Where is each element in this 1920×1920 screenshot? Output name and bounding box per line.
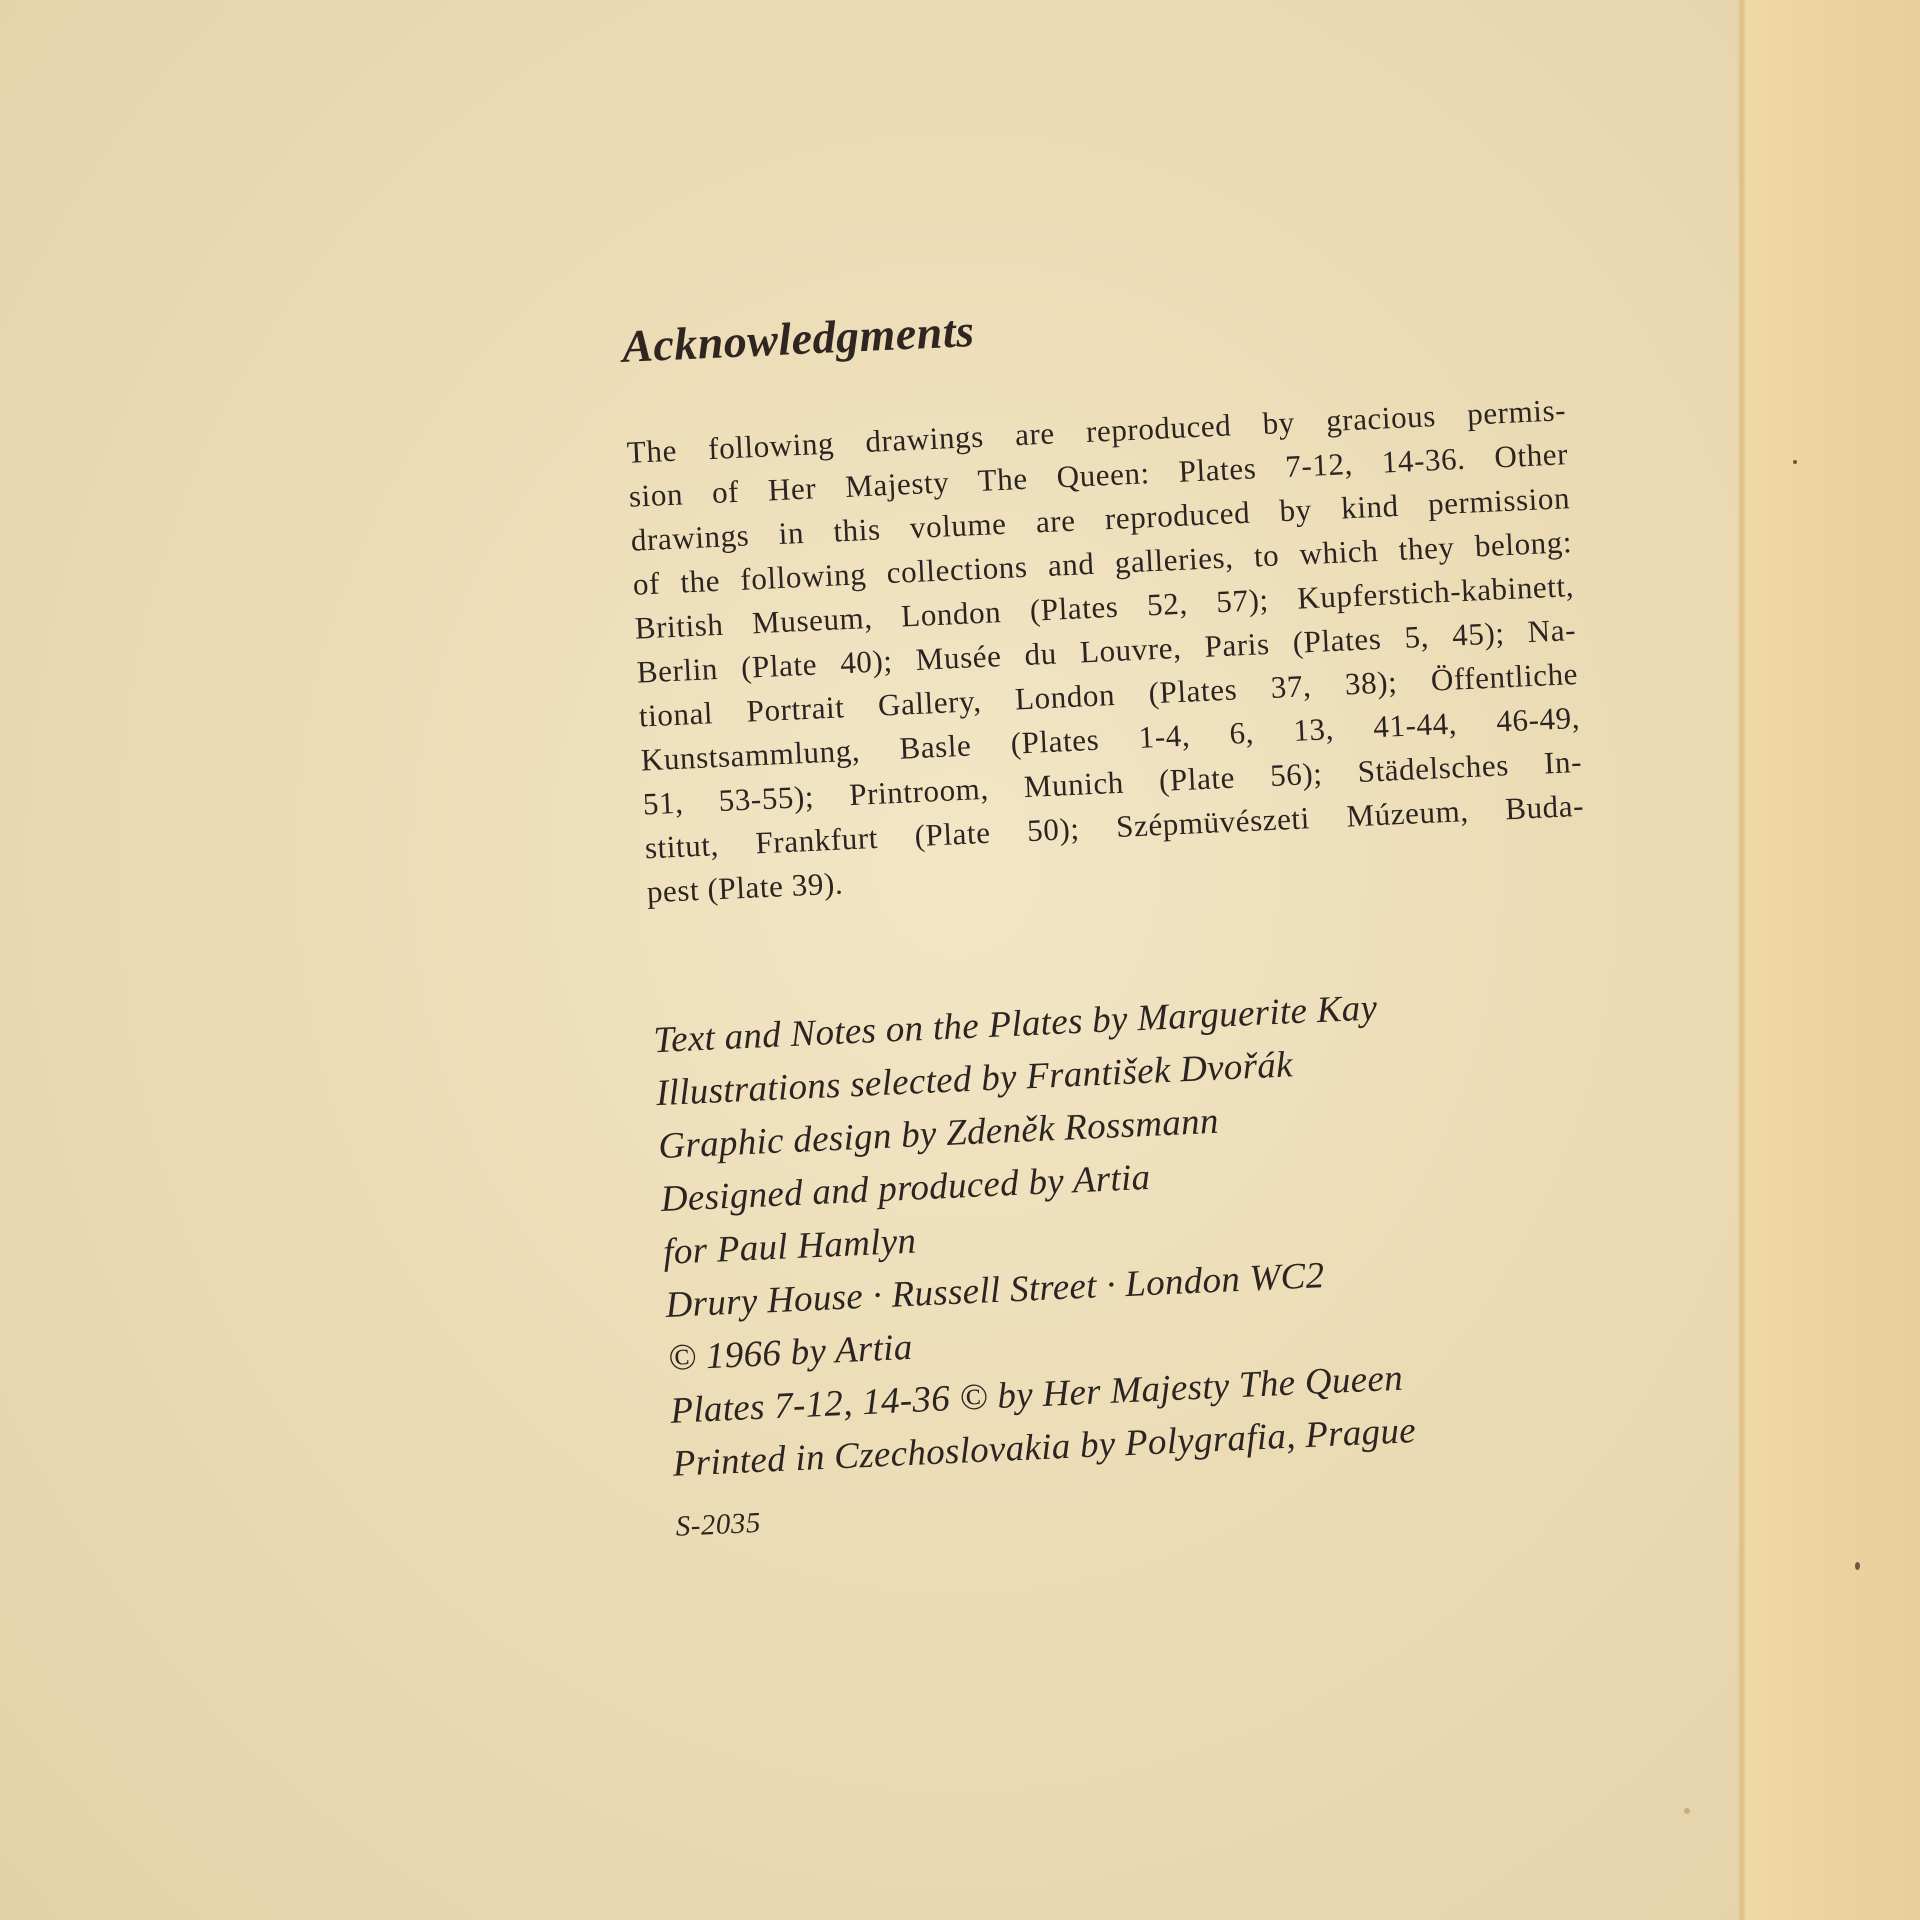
page-edge-gutter (1738, 0, 1746, 1920)
paper-speck (1793, 460, 1797, 464)
paper-speck (1684, 1808, 1690, 1814)
acknowledgments-paragraph: The following drawings are reproduced by… (626, 387, 1607, 914)
adjacent-page-edge (1746, 0, 1920, 1920)
colophon-credits: Text and Notes on the Plates by Margueri… (652, 971, 1636, 1554)
page-content: Acknowledgments The following drawings a… (620, 256, 1636, 1553)
paper-speck (1855, 1562, 1860, 1570)
